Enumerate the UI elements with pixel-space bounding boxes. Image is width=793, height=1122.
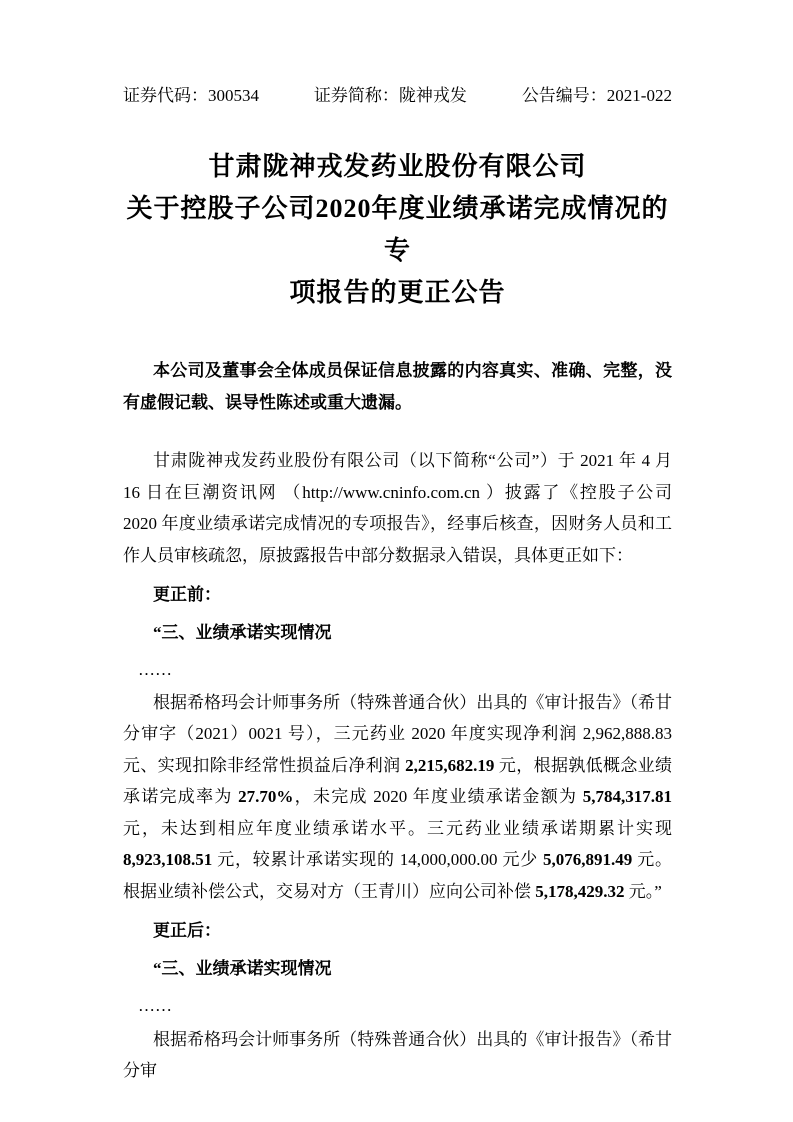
title-line-subject-cont: 项报告的更正公告	[123, 272, 672, 314]
after-correction-paragraph-first-line: 根据希格玛会计师事务所（特殊普通合伙）出具的《审计报告》（希甘分审	[123, 1024, 672, 1087]
bold-amount: 27.70%	[238, 787, 293, 806]
bold-amount: 8,923,108.51	[123, 850, 212, 869]
after-correction-label: 更正后：	[123, 915, 672, 947]
before-correction-label: 更正前：	[123, 579, 672, 611]
bold-amount: 5,076,891.49	[543, 850, 632, 869]
integrity-declaration: 本公司及董事会全体成员保证信息披露的内容真实、准确、完整，没有虚假记载、误导性陈…	[123, 355, 672, 418]
before-correction-paragraph: 根据希格玛会计师事务所（特殊普通合伙）出具的《审计报告》（希甘分审字（2021）…	[123, 687, 672, 908]
document-title: 甘肃陇神戎发药业股份有限公司 关于控股子公司2020年度业绩承诺完成情况的专 项…	[123, 146, 672, 314]
stock-code: 证券代码：300534	[123, 84, 259, 108]
text-run: ，未完成 2020 年度业绩承诺金额为	[293, 787, 582, 806]
text-run: 元，较累计承诺实现的 14,000,000.00 元少	[212, 850, 543, 869]
bold-amount: 2,215,682.19	[405, 756, 494, 775]
bold-amount: 5,178,429.32	[535, 882, 624, 901]
intro-paragraph: 甘肃陇神戎发药业股份有限公司（以下简称“公司”）于 2021 年 4 月 16 …	[123, 445, 672, 571]
text-run: 元。”	[625, 882, 662, 901]
page-content: 证券代码：300534 证券简称：陇神戎发 公告编号：2021-022 甘肃陇神…	[0, 0, 793, 1087]
announcement-number: 公告编号：2021-022	[522, 84, 672, 108]
title-line-company: 甘肃陇神戎发药业股份有限公司	[123, 146, 672, 188]
bold-amount: 5,784,317.81	[583, 787, 672, 806]
stock-name: 证券简称：陇神戎发	[314, 84, 467, 108]
after-section-heading: “三、业绩承诺实现情况	[123, 953, 672, 985]
before-section-heading: “三、业绩承诺实现情况	[123, 617, 672, 649]
text-run: 元，未达到相应年度业绩承诺水平。三元药业业绩承诺期累计实现	[123, 819, 672, 838]
before-ellipsis: ……	[123, 654, 672, 686]
after-ellipsis: ……	[123, 990, 672, 1022]
title-line-subject: 关于控股子公司2020年度业绩承诺完成情况的专	[123, 188, 672, 272]
document-header: 证券代码：300534 证券简称：陇神戎发 公告编号：2021-022	[123, 84, 672, 108]
announcement-page: 证券代码：300534 证券简称：陇神戎发 公告编号：2021-022 甘肃陇神…	[0, 0, 793, 1122]
